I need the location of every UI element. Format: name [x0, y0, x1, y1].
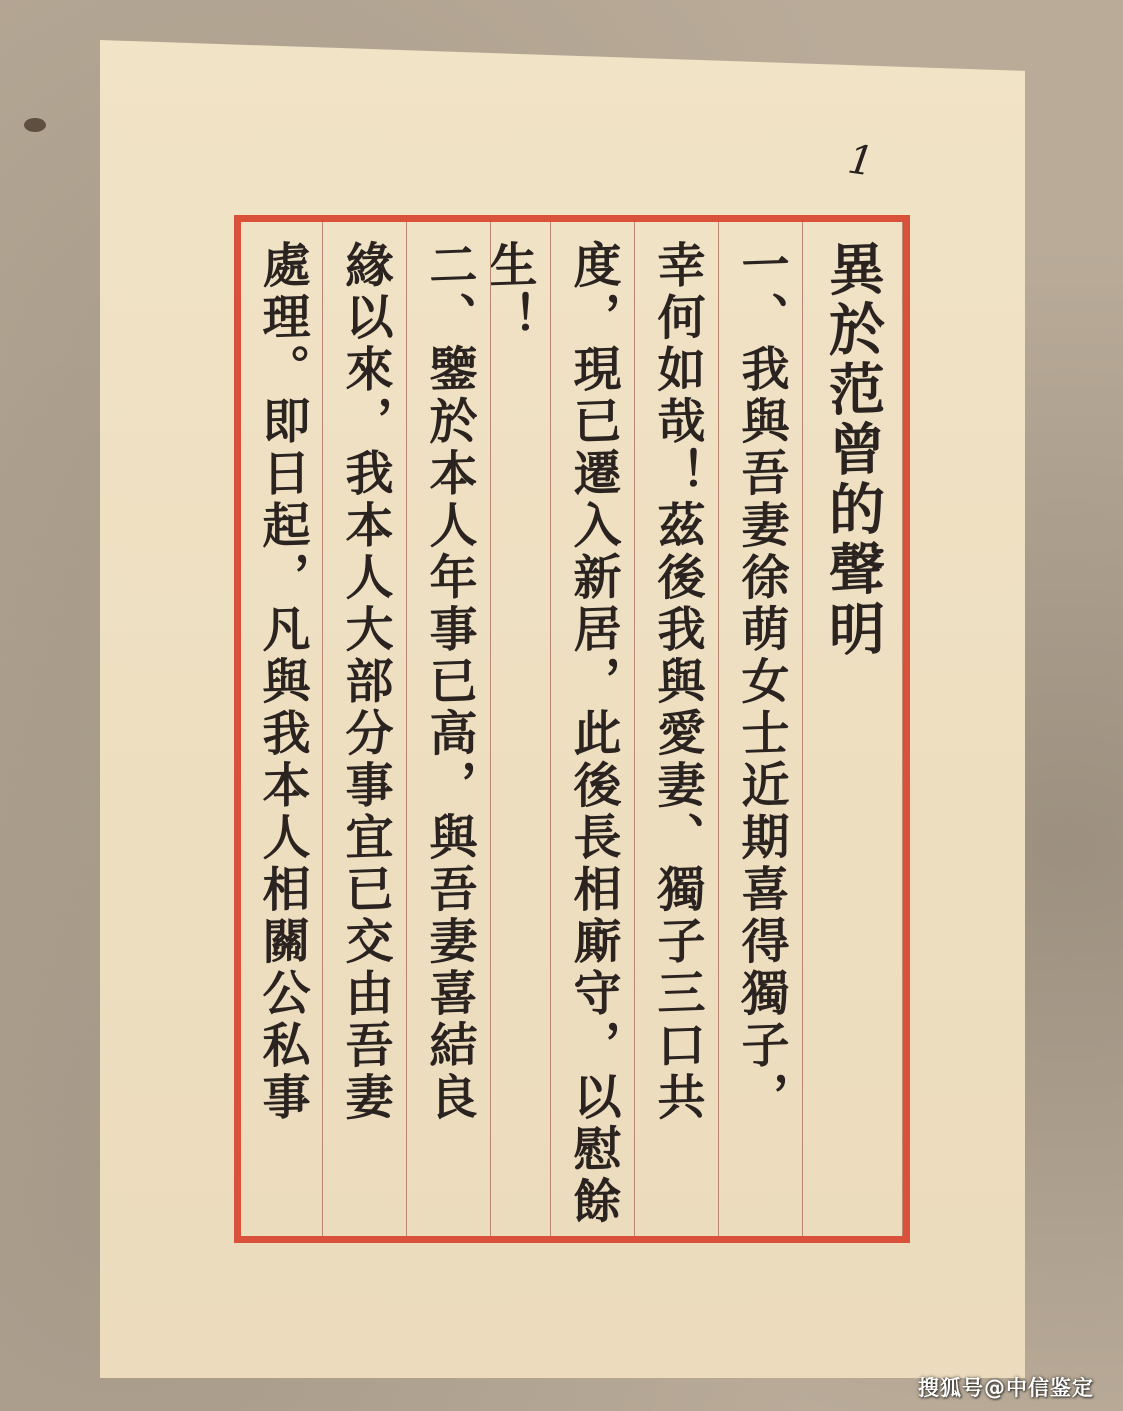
red-ruled-frame: 異於范曾的聲明 一、我與吾妻徐萌女士近期喜得獨子， 幸何如哉！茲後我與愛妻、獨子…	[234, 215, 910, 1243]
column-7: 緣以來，我本人大部分事宜已交由吾妻	[323, 222, 407, 1236]
text-column: 幸何如哉！茲後我與愛妻、獨子三口共	[635, 239, 719, 1126]
column-6: 二、鑒於本人年事已高，與吾妻喜結良	[407, 222, 491, 1236]
text-column: 緣以來，我本人大部分事宜已交由吾妻	[323, 239, 407, 1126]
background-stain	[24, 118, 46, 132]
column-1: 一、我與吾妻徐萌女士近期喜得獨子，	[719, 222, 803, 1236]
text-column: 處理。即日起，凡與我本人相關公私事	[240, 239, 324, 1126]
watermark: 搜狐号@中信鉴定	[918, 1372, 1094, 1402]
column-2: 幸何如哉！茲後我與愛妻、獨子三口共	[635, 222, 719, 1236]
text-column: 一、我與吾妻徐萌女士近期喜得獨子，	[719, 239, 803, 1126]
column-3: 度，現已遷入新居，此後長相廝守，以慰餘	[551, 222, 635, 1236]
text-column: 度，現已遷入新居，此後長相廝守，以慰餘	[551, 239, 635, 1230]
text-column: 二、鑒於本人年事已高，與吾妻喜結良	[407, 239, 491, 1126]
column-8: 處理。即日起，凡與我本人相關公私事	[241, 222, 323, 1236]
column-title: 異於范曾的聲明	[803, 222, 903, 1236]
document-title: 異於范曾的聲明	[803, 238, 903, 661]
